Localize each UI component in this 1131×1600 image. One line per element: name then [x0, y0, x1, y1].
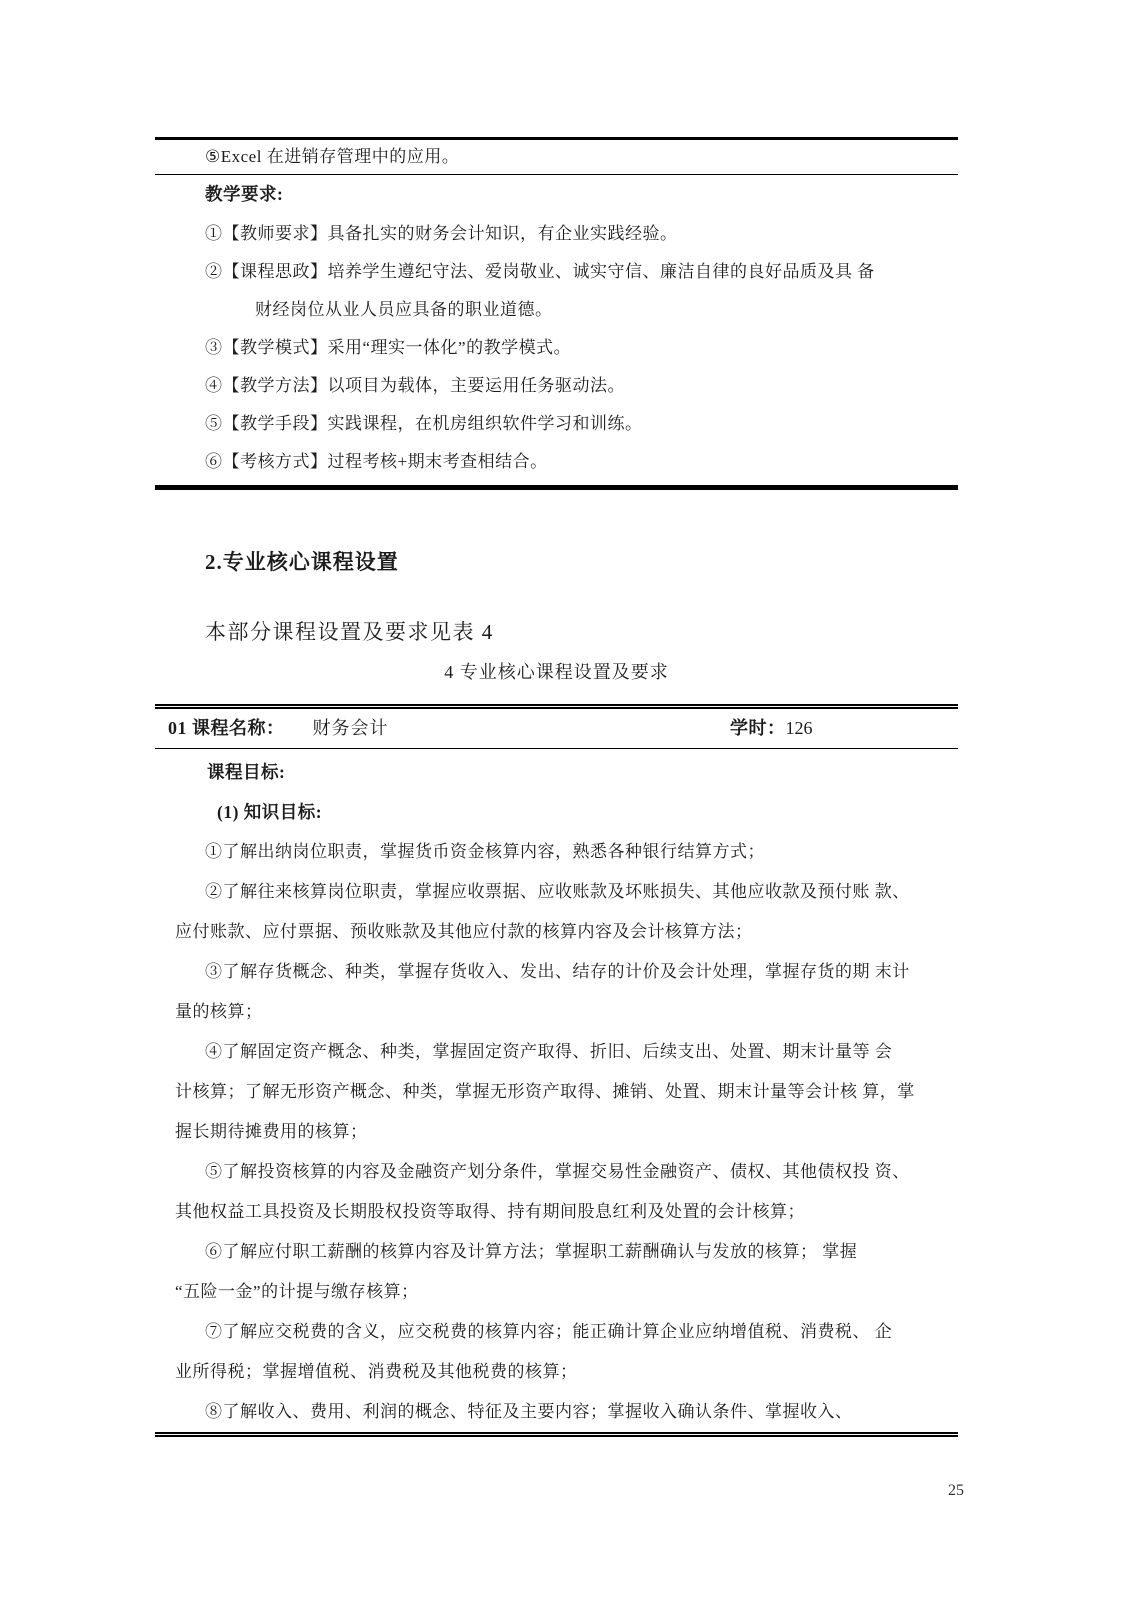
objective-line-2-cont: 应付账款、应付票据、预收账款及其他应付款的核算内容及会计核算方法； [155, 912, 958, 952]
objective-line-1: ①了解出纳岗位职责，掌握货币资金核算内容，熟悉各种银行结算方式； [155, 832, 958, 872]
req-item-ideology: ②【课程思政】培养学生遵纪守法、爱岗敬业、诚实守信、廉洁自律的良好品质及具 备 [155, 253, 958, 291]
objective-line-7-cont: 业所得税；掌握增值税、消费税及其他税费的核算； [155, 1352, 958, 1392]
req-item-ideology-cont: 财经岗位从业人员应具备的职业道德。 [155, 291, 958, 329]
objective-line-6: ⑥了解应付职工薪酬的核算内容及计算方法；掌握职工薪酬确认与发放的核算； 掌握 [155, 1232, 958, 1272]
req-item-means: ⑤【教学手段】实践课程，在机房组织软件学习和训练。 [155, 405, 958, 443]
objective-line-6-cont: “五险一金”的计提与缴存核算； [155, 1272, 958, 1312]
req-item-assessment: ⑥【考核方式】过程考核+期末考查相结合。 [155, 443, 958, 481]
objective-line-4: ④了解固定资产概念、种类，掌握固定资产取得、折旧、后续支出、处置、期末计量等 会 [155, 1032, 958, 1072]
objective-line-3-cont: 量的核算； [155, 992, 958, 1032]
objective-line-3: ③了解存货概念、种类，掌握存货收入、发出、结存的计价及会计处理，掌握存货的期 末… [155, 952, 958, 992]
teaching-requirements-label: 教学要求: [155, 179, 958, 209]
req-item-mode: ③【教学模式】采用“理实一体化”的教学模式。 [155, 329, 958, 367]
objective-line-5: ⑤了解投资核算的内容及金融资产划分条件，掌握交易性金融资产、债权、其他债权投 资… [155, 1152, 958, 1192]
table4-caption: 4 专业核心课程设置及要求 [155, 659, 958, 685]
teaching-requirements-table: ⑤Excel 在进销存管理中的应用。 教学要求: ①【教师要求】具备扎实的财务会… [155, 137, 958, 490]
course-hours: 学时：126 [730, 709, 813, 748]
core-course-table: 01 课程名称：财务会计 学时：126 课程目标: (1) 知识目标: ①了解出… [155, 704, 958, 1437]
course-objectives-cell: 课程目标: (1) 知识目标: ①了解出纳岗位职责，掌握货币资金核算内容，熟悉各… [155, 749, 958, 1432]
objective-line-8: ⑧了解收入、费用、利润的概念、特征及主要内容；掌握收入确认条件、掌握收入、 [155, 1392, 958, 1432]
course-header-row: 01 课程名称：财务会计 学时：126 [155, 709, 958, 749]
section-heading: 2.专业核心课程设置 [155, 547, 958, 577]
course-name: 财务会计 [313, 718, 389, 738]
objective-line-4-cont1: 计核算；了解无形资产概念、种类，掌握无形资产取得、摊销、处置、期末计量等会计核 … [155, 1072, 958, 1112]
excel-application-row: ⑤Excel 在进销存管理中的应用。 [155, 140, 958, 175]
page-number: 25 [948, 1482, 964, 1500]
document-page: ⑤Excel 在进销存管理中的应用。 教学要求: ①【教师要求】具备扎实的财务会… [0, 0, 1131, 1600]
hours-label: 学时： [730, 718, 786, 738]
objective-line-2: ②了解往来核算岗位职责，掌握应收票据、应收账款及坏账损失、其他应收款及预付账 款… [155, 872, 958, 912]
req-item-method: ④【教学方法】以项目为载体，主要运用任务驱动法。 [155, 367, 958, 405]
objective-line-7: ⑦了解应交税费的含义，应交税费的核算内容；能正确计算企业应纳增值税、消费税、 企 [155, 1312, 958, 1352]
hours-value: 126 [786, 718, 813, 738]
course-number-label: 01 课程名称： [155, 718, 285, 738]
teaching-requirements-cell: 教学要求: ①【教师要求】具备扎实的财务会计知识，有企业实践经验。 ②【课程思政… [155, 175, 958, 485]
knowledge-objectives-label: (1) 知识目标: [155, 792, 958, 832]
course-objectives-label: 课程目标: [155, 752, 958, 792]
objective-line-4-cont2: 握长期待摊费用的核算； [155, 1112, 958, 1152]
objective-line-5-cont: 其他权益工具投资及长期股权投资等取得、持有期间股息红利及处置的会计核算； [155, 1192, 958, 1232]
page-content: ⑤Excel 在进销存管理中的应用。 教学要求: ①【教师要求】具备扎实的财务会… [155, 0, 958, 1437]
section-intro: 本部分课程设置及要求见表 4 [155, 617, 958, 647]
req-item-teacher: ①【教师要求】具备扎实的财务会计知识，有企业实践经验。 [155, 215, 958, 253]
